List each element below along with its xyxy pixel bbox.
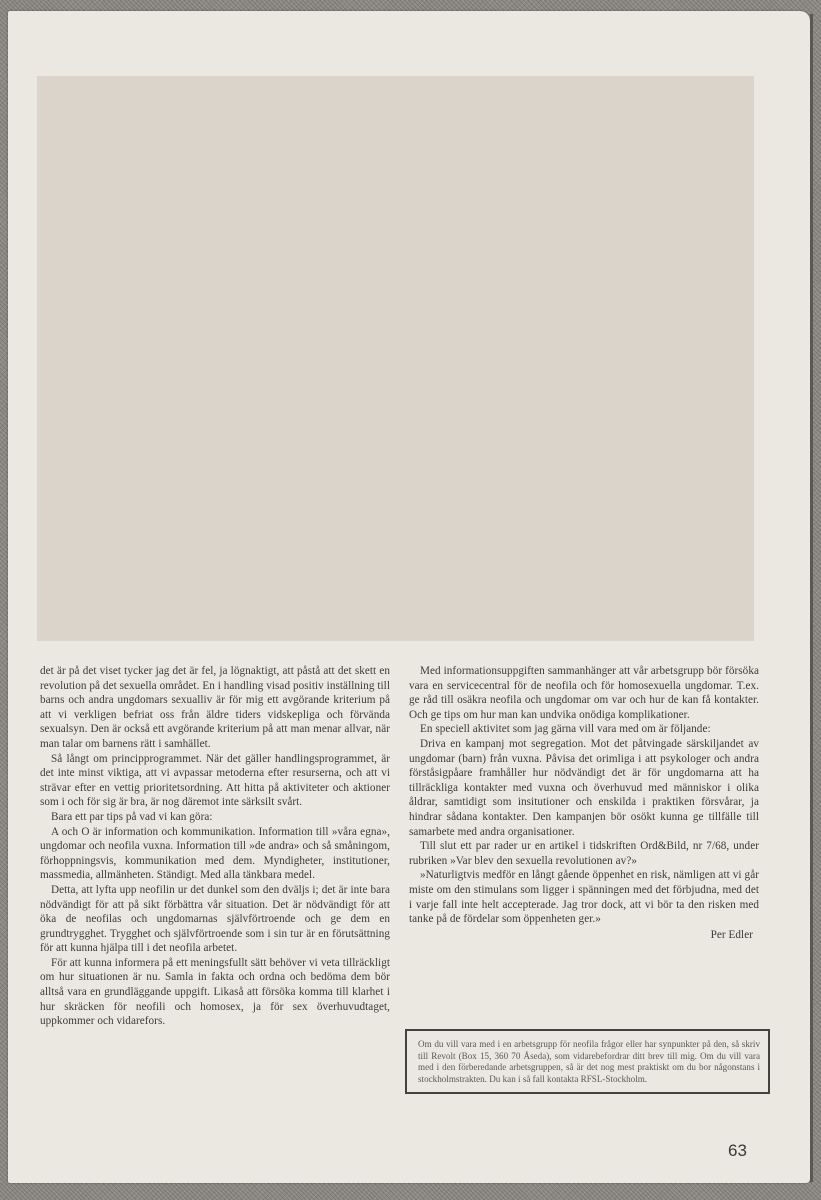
contact-info-box: Om du vill vara med i en arbetsgrupp för…: [405, 1029, 770, 1094]
photo-placeholder: [37, 76, 754, 641]
right-text-column: Med informationsuppgiften sammanhänger a…: [409, 664, 759, 942]
paragraph: Driva en kampanj mot segregation. Mot de…: [409, 737, 759, 839]
paragraph: A och O är information och kommunikation…: [40, 825, 390, 883]
page-edge-shadow: [810, 14, 813, 1182]
author-signature: Per Edler: [409, 928, 759, 943]
paragraph: Med informationsuppgiften sammanhänger a…: [409, 664, 759, 722]
paragraph: Detta, att lyfta upp neofilin ur det dun…: [40, 883, 390, 956]
left-text-column: det är på det viset tycker jag det är fe…: [40, 664, 390, 1029]
paragraph: En speciell aktivitet som jag gärna vill…: [409, 722, 759, 737]
page-number: 63: [728, 1141, 747, 1161]
quote-paragraph: »Naturligtvis medför en långt gående öpp…: [409, 868, 759, 926]
paragraph: Till slut ett par rader ur en artikel i …: [409, 839, 759, 868]
paragraph: Så långt om principprogrammet. När det g…: [40, 752, 390, 810]
contact-info-text: Om du vill vara med i en arbetsgrupp för…: [418, 1039, 760, 1084]
paragraph: det är på det viset tycker jag det är fe…: [40, 664, 390, 752]
paragraph: Bara ett par tips på vad vi kan göra:: [40, 810, 390, 825]
paragraph: För att kunna informera på ett meningsfu…: [40, 956, 390, 1029]
